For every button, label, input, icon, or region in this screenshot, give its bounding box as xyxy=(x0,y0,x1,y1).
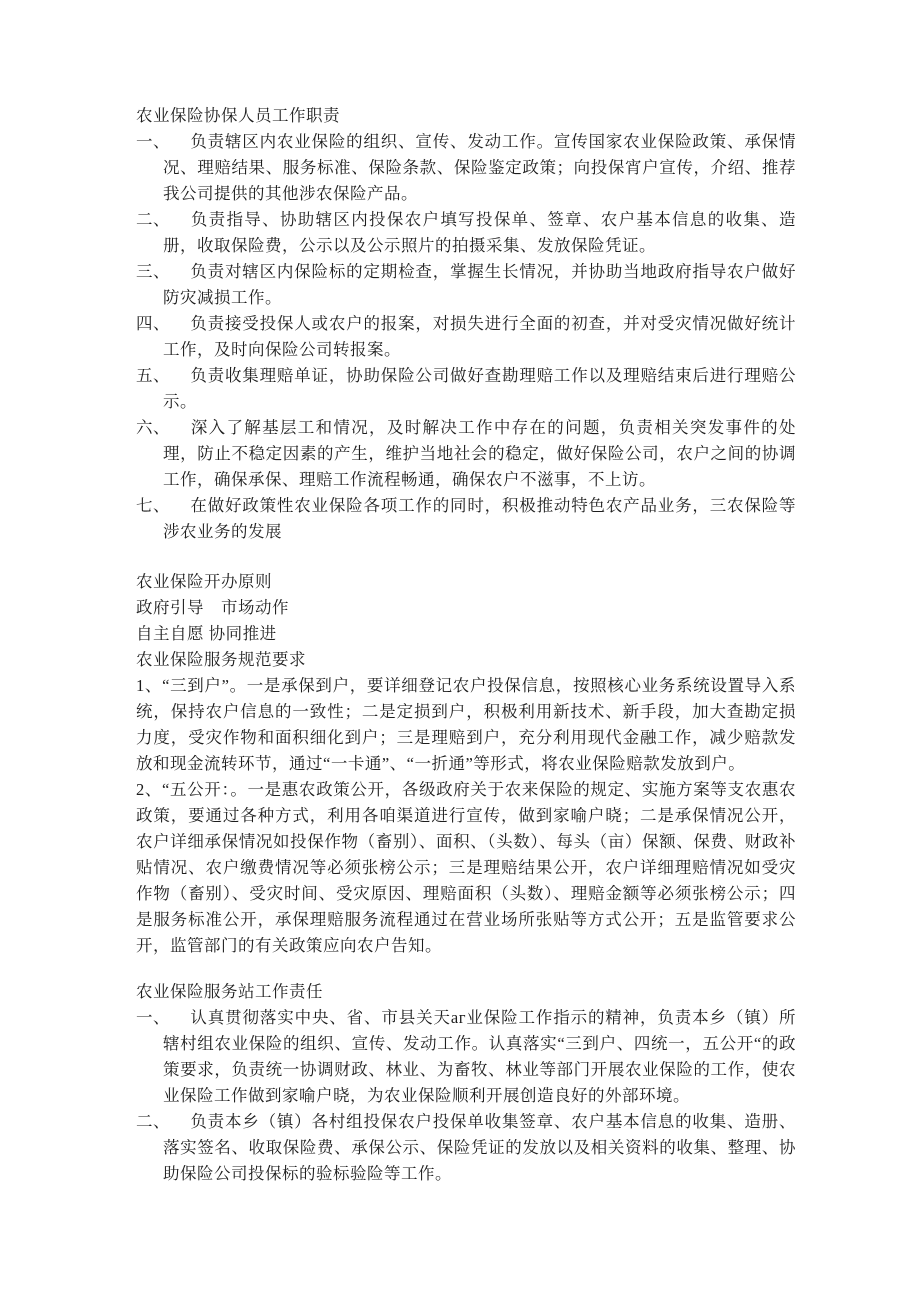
section-title-coinsurer-duties: 农业保险协保人员工作职责 xyxy=(136,103,796,129)
five-disclosures-paragraph: 2、“五公开：。一是惠农政策公开，各级政府关于农来保险的规定、实施方案等支农惠农… xyxy=(136,777,796,959)
item-text: 负责辖区内农业保险的组织、宣传、发动工作。宣传国家农业保险政策、承保情况、理赔结… xyxy=(163,132,796,203)
section-title-service-station-duties: 农业保险服务站工作责任 xyxy=(136,979,796,1005)
section-title-operating-principles: 农业保险开办原则 xyxy=(136,569,796,595)
item-number: 一、 xyxy=(136,1005,190,1031)
item-number: 七、 xyxy=(136,493,190,519)
item-text: 负责指导、协助辖区内投保农户填写投保单、签章、农户基本信息的收集、造册，收取保险… xyxy=(163,210,796,255)
item-number: 一、 xyxy=(136,129,190,155)
section-service-station-duties: 农业保险服务站工作责任 一、认真贯彻落实中央、省、市县关天аг业保险工作指示的精… xyxy=(136,979,796,1187)
duty-item-6: 六、深入了解基层工和情况，及时解决工作中存在的问题，负责相关突发事件的处理，防止… xyxy=(136,415,796,493)
item-number: 三、 xyxy=(136,259,190,285)
item-number: 六、 xyxy=(136,415,190,441)
item-text: 负责本乡（镇）各村组投保农户投保单收集签章、农户基本信息的收集、造册、落实签名、… xyxy=(163,1112,796,1183)
principle-line-1: 政府引导 市场动作 xyxy=(136,595,796,621)
item-text: 负责对辖区内保险标的定期检查，掌握生长情况，并协助当地政府指导农户做好防灾减损工… xyxy=(163,262,796,307)
duty-item-1: 一、负责辖区内农业保险的组织、宣传、发动工作。宣传国家农业保险政策、承保情况、理… xyxy=(136,129,796,207)
item-number: 二、 xyxy=(136,207,190,233)
service-standards-subtitle: 农业保险服务规范要求 xyxy=(136,647,796,673)
item-text: 认真贯彻落实中央、省、市县关天аг业保险工作指示的精神，负责本乡（镇）所辖村组农… xyxy=(163,1008,796,1105)
duty-item-4: 四、负责接受投保人或农户的报案，对损失进行全面的初查，并对受灾情况做好统计工作，… xyxy=(136,311,796,363)
document-page: 农业保险协保人员工作职责 一、负责辖区内农业保险的组织、宣传、发动工作。宣传国家… xyxy=(0,0,920,1302)
duty-item-2: 二、负责指导、协助辖区内投保农户填写投保单、签章、农户基本信息的收集、造册，收取… xyxy=(136,207,796,259)
item-text: 深入了解基层工和情况，及时解决工作中存在的问题，负责相关突发事件的处理，防止不稳… xyxy=(163,418,796,489)
document-content: 农业保险协保人员工作职责 一、负责辖区内农业保险的组织、宣传、发动工作。宣传国家… xyxy=(136,103,796,1187)
item-text: 在做好政策性农业保险各项工作的同时，积极推动特色农产品业务，三农保险等涉农业务的… xyxy=(163,496,796,541)
section-operating-principles: 农业保险开办原则 政府引导 市场动作 自主自愿 协同推进 农业保险服务规范要求 … xyxy=(136,569,796,959)
duty-item-3: 三、负责对辖区内保险标的定期检查，掌握生长情况，并协助当地政府指导农户做好防灾减… xyxy=(136,259,796,311)
section-coinsurer-duties: 农业保险协保人员工作职责 一、负责辖区内农业保险的组织、宣传、发动工作。宣传国家… xyxy=(136,103,796,545)
duty-item-5: 五、负责收集理赔单证，协助保险公司做好查勘理赔工作以及理赔结束后进行理赔公示。 xyxy=(136,363,796,415)
item-number: 五、 xyxy=(136,363,190,389)
three-to-household-paragraph: 1、“三到户”。一是承保到户，要详细登记农户投保信息，按照核心业务系统设置导入系… xyxy=(136,673,796,777)
duty-item-7: 七、在做好政策性农业保险各项工作的同时，积极推动特色农产品业务，三农保险等涉农业… xyxy=(136,493,796,545)
item-text: 负责接受投保人或农户的报案，对损失进行全面的初查，并对受灾情况做好统计工作，及时… xyxy=(163,314,796,359)
item-text: 负责收集理赔单证，协助保险公司做好查勘理赔工作以及理赔结束后进行理赔公示。 xyxy=(163,366,796,411)
item-number: 二、 xyxy=(136,1109,190,1135)
station-duty-item-2: 二、负责本乡（镇）各村组投保农户投保单收集签章、农户基本信息的收集、造册、落实签… xyxy=(136,1109,796,1187)
item-number: 四、 xyxy=(136,311,190,337)
station-duty-item-1: 一、认真贯彻落实中央、省、市县关天аг业保险工作指示的精神，负责本乡（镇）所辖村… xyxy=(136,1005,796,1109)
principle-line-2: 自主自愿 协同推进 xyxy=(136,621,796,647)
